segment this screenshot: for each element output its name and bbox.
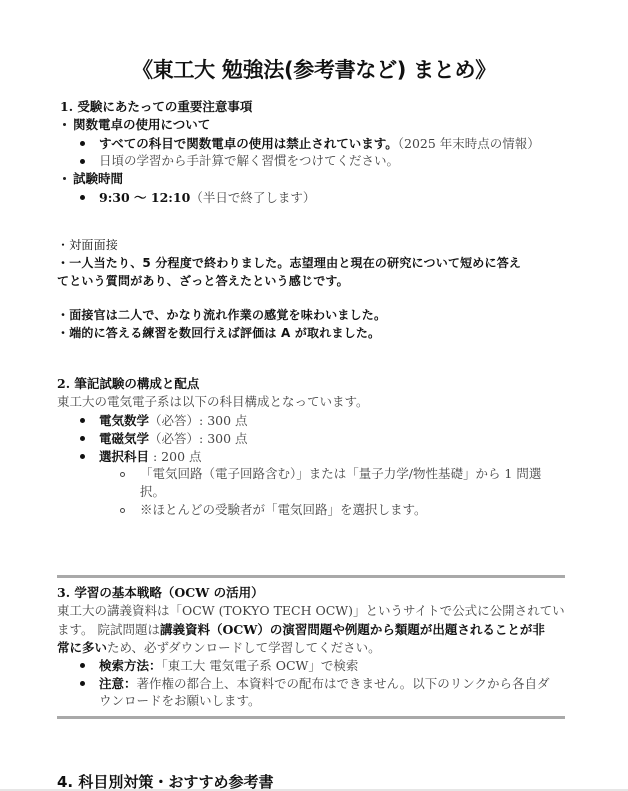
para-text: ため、必ずダウンロードして学習してください。 (107, 640, 381, 655)
search-method-label: 検索方法： (99, 658, 162, 673)
exam-time-note: （半日で終了します） (190, 190, 315, 205)
bullet-icon (80, 418, 85, 423)
subject-points: （必答）: 300 点 (149, 413, 248, 428)
subject-points: : 200 点 (149, 449, 202, 464)
interview-line-1: ・一人当たり、5 分程度で終わりました。志望理由と現在の研究について短めに答え (57, 254, 521, 271)
search-method-item: 検索方法：「東工大 電気電子系 OCW」で検索 (99, 655, 358, 674)
bullet-icon (80, 454, 85, 459)
interview-line-4: ・端的に答える練習を数回行えば評価は A が取れました。 (57, 324, 380, 341)
elective-note-line-1: 「電気回路（電子回路含む）」または「量子力学/物性基礎」から 1 問選 (140, 464, 541, 482)
caution-text-line-2: ウンロードをお願いします。 (99, 691, 261, 709)
para-emphasis: 講義資料（OCW）の演習問題や例題から類題が出題されることが非 (160, 622, 545, 637)
elective-note-2: ※ほとんどの受験者が「電気回路」を選択します。 (140, 500, 427, 518)
document-title: 《東工大 勉強法(参考書など) まとめ》 (0, 54, 628, 84)
exam-time-label: 試験時間 (73, 169, 123, 187)
subject-item-2: 電磁気学（必答）: 300 点 (99, 428, 248, 447)
interview-line-3: ・面接官は二人で、かなり流れ作業の感覚を味わいました。 (57, 306, 386, 323)
interview-line-2: てという質問があり、ざっと答えたという感じです。 (57, 272, 349, 289)
section3-heading: 3. 学習の基本戦略（OCW の活用） (57, 583, 264, 601)
subject-name: 選択科目 (99, 449, 149, 464)
interview-label: ・対面面接 (57, 236, 118, 253)
section1-heading: 1. 受験にあたっての重要注意事項 (60, 97, 252, 115)
bullet-icon (80, 141, 85, 146)
caution-item: 注意：著作権の都合上、本資料での配布はできません。以下のリンクから各自ダ (99, 673, 550, 692)
section4-heading: 4. 科目別対策・おすすめ参考書 (57, 771, 274, 791)
elective-note-line-2: 択。 (140, 482, 165, 500)
para-emphasis: 常に多い (57, 640, 107, 655)
horizontal-rule (57, 575, 565, 578)
para-text: ます。 院試問題は (57, 622, 160, 637)
section2-intro: 東工大の電気電子系は以下の科目構成となっています。 (57, 392, 369, 410)
sub-bullet-icon (120, 508, 125, 513)
search-method-text: 「東工大 電気電子系 OCW」で検索 (162, 658, 359, 673)
calculator-item-2: 日頃の学習から手計算で解く習慣をつけてください。 (99, 151, 399, 169)
calculator-item-1: すべての科目で関数電卓の使用は禁止されています。（2025 年末時点の情報） (99, 133, 540, 152)
bullet-icon (63, 177, 66, 180)
bullet-icon (80, 159, 85, 164)
bullet-icon (80, 681, 85, 686)
section3-para-line-3: 常に多いため、必ずダウンロードして学習してください。 (57, 637, 381, 656)
subject-item-3: 選択科目 : 200 点 (99, 446, 202, 465)
bullet-icon (63, 123, 66, 126)
calculator-item-1-bold: すべての科目で関数電卓の使用は禁止されています。 (99, 136, 398, 151)
caution-label: 注意： (99, 676, 137, 691)
bullet-icon (80, 663, 85, 668)
subject-item-1: 電気数学（必答）: 300 点 (99, 410, 248, 429)
section3-para-line-1: 東工大の講義資料は「OCW (TOKYO TECH OCW)」というサイトで公式… (57, 601, 565, 619)
subject-points: （必答）: 300 点 (149, 431, 248, 446)
sub-bullet-icon (120, 472, 125, 477)
calculator-label: 関数電卓の使用について (73, 115, 210, 133)
horizontal-rule (57, 716, 565, 719)
document-page: 《東工大 勉強法(参考書など) まとめ》 1. 受験にあたっての重要注意事項 関… (0, 0, 628, 791)
subject-name: 電磁気学 (99, 431, 149, 446)
section2-heading: 2. 筆記試験の構成と配点 (57, 374, 199, 392)
section3-para-line-2: ます。 院試問題は講義資料（OCW）の演習問題や例題から類題が出題されることが非 (57, 619, 545, 638)
calculator-item-1-note: （2025 年末時点の情報） (398, 136, 540, 151)
bullet-icon (80, 195, 85, 200)
caution-text: 著作権の都合上、本資料での配布はできません。以下のリンクから各自ダ (137, 676, 550, 691)
subject-name: 電気数学 (99, 413, 149, 428)
bullet-icon (80, 436, 85, 441)
exam-time-value: 9:30 〜 12:10 (99, 190, 190, 205)
exam-time-item: 9:30 〜 12:10（半日で終了します） (99, 187, 315, 206)
